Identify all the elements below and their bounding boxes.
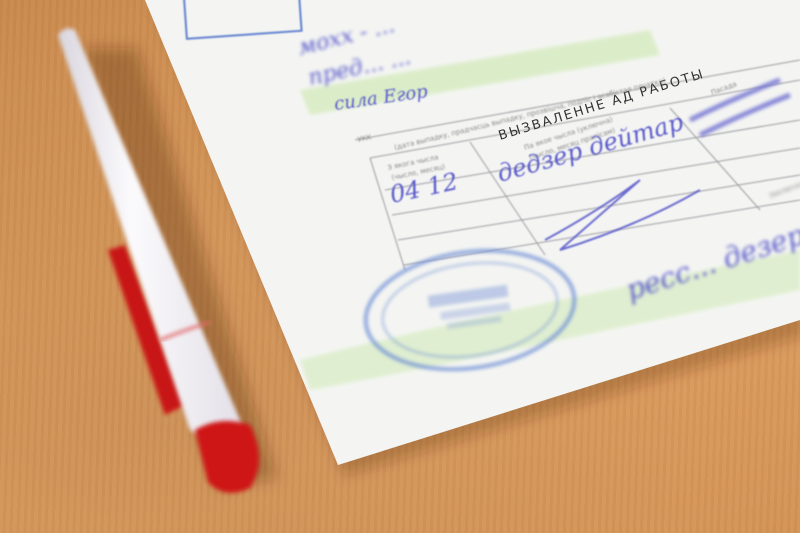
- ballpoint-pen: [0, 0, 800, 533]
- pen-tip: [195, 421, 259, 493]
